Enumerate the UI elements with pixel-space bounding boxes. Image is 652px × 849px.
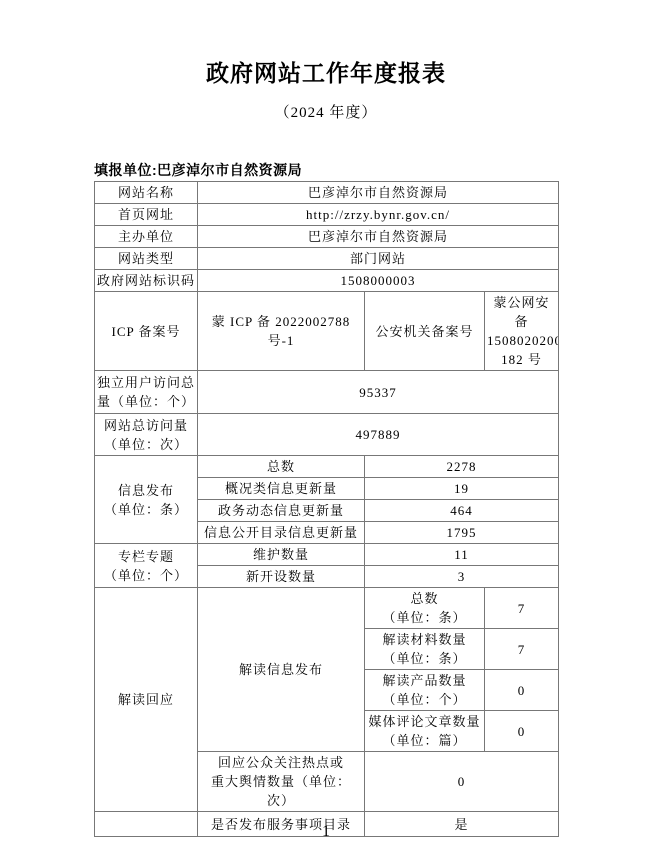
media-comment-label: 媒体评论文章数量 （单位：篇） xyxy=(365,711,485,752)
interpret-materials-value: 7 xyxy=(485,629,559,670)
interpret-products-value: 0 xyxy=(485,670,559,711)
icp-value: 蒙 ICP 备 2022002788 号-1 xyxy=(198,292,365,371)
report-page: 政府网站工作年度报表 （2024 年度） 填报单位:巴彦淖尔市自然资源局 网站名… xyxy=(0,0,652,849)
filing-unit: 填报单位:巴彦淖尔市自然资源局 xyxy=(94,160,302,180)
interpret-materials-label: 解读材料数量 （单位：条） xyxy=(365,629,485,670)
special-columns-group-label: 专栏专题 （单位：个） xyxy=(95,544,198,588)
newly-opened-count-value: 3 xyxy=(365,566,559,588)
sponsor-value: 巴彦淖尔市自然资源局 xyxy=(198,226,559,248)
page-number: 1 xyxy=(0,823,652,841)
site-code-label: 政府网站标识码 xyxy=(95,270,198,292)
open-directory-update-value: 1795 xyxy=(365,522,559,544)
info-publish-total-value: 2278 xyxy=(365,456,559,478)
newly-opened-count-label: 新开设数量 xyxy=(198,566,365,588)
total-visits-label: 网站总访问量 （单位：次） xyxy=(95,414,198,456)
maintained-count-label: 维护数量 xyxy=(198,544,365,566)
police-record-value: 蒙公网安备 15080202000 182 号 xyxy=(485,292,559,371)
interpret-response-group-label: 解读回应 xyxy=(95,588,198,812)
homepage-label: 首页网址 xyxy=(95,204,198,226)
info-publish-group-label: 信息发布 （单位：条） xyxy=(95,456,198,544)
page-title: 政府网站工作年度报表 xyxy=(0,55,652,88)
interpret-products-label: 解读产品数量 （单位：个） xyxy=(365,670,485,711)
site-type-value: 部门网站 xyxy=(198,248,559,270)
interpret-total-label: 总数 （单位：条） xyxy=(365,588,485,629)
interpret-total-value: 7 xyxy=(485,588,559,629)
report-table: 网站名称 巴彦淖尔市自然资源局 首页网址 http://zrzy.bynr.go… xyxy=(94,181,559,837)
overview-update-label: 概况类信息更新量 xyxy=(198,478,365,500)
site-code-value: 1508000003 xyxy=(198,270,559,292)
homepage-url: http://zrzy.bynr.gov.cn/ xyxy=(198,204,559,226)
interpret-publish-label: 解读信息发布 xyxy=(198,588,365,752)
maintained-count-value: 11 xyxy=(365,544,559,566)
site-type-label: 网站类型 xyxy=(95,248,198,270)
total-visits-value: 497889 xyxy=(198,414,559,456)
unique-visitors-value: 95337 xyxy=(198,371,559,414)
info-publish-total-label: 总数 xyxy=(198,456,365,478)
gov-dynamic-update-label: 政务动态信息更新量 xyxy=(198,500,365,522)
page-subtitle: （2024 年度） xyxy=(0,101,652,122)
sponsor-label: 主办单位 xyxy=(95,226,198,248)
gov-dynamic-update-value: 464 xyxy=(365,500,559,522)
icp-label: ICP 备案号 xyxy=(95,292,198,371)
site-name-label: 网站名称 xyxy=(95,182,198,204)
media-comment-value: 0 xyxy=(485,711,559,752)
hot-response-label: 回应公众关注热点或 重大舆情数量（单位： 次） xyxy=(198,752,365,812)
open-directory-update-label: 信息公开目录信息更新量 xyxy=(198,522,365,544)
site-name-value: 巴彦淖尔市自然资源局 xyxy=(198,182,559,204)
hot-response-value: 0 xyxy=(365,752,559,812)
overview-update-value: 19 xyxy=(365,478,559,500)
unique-visitors-label: 独立用户访问总 量（单位：个） xyxy=(95,371,198,414)
police-record-label: 公安机关备案号 xyxy=(365,292,485,371)
